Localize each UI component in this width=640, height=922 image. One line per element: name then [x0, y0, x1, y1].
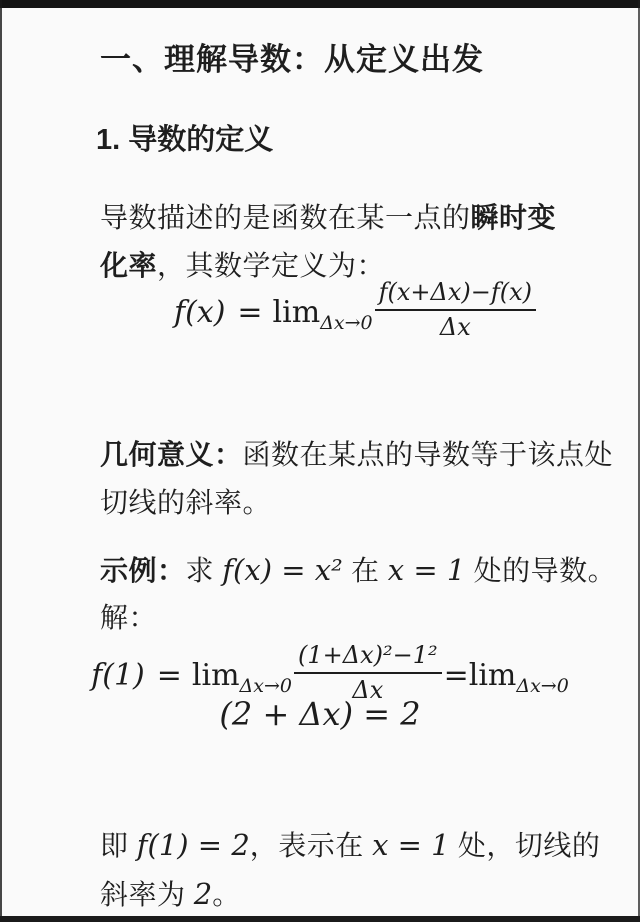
definition-fraction: f(x+Δx)−f(x)Δx	[375, 278, 536, 342]
left-border-line	[0, 0, 2, 922]
intro-paragraph: 导数描述的是函数在某一点的瞬时变化率，其数学定义为：	[100, 194, 572, 290]
conclusion-slope-value: 2	[194, 877, 212, 911]
definition-equals: =	[237, 295, 262, 330]
example-pre: 求	[186, 555, 223, 586]
example-point-math: x = 1	[388, 553, 466, 587]
example-post: 处的导数。	[465, 555, 616, 586]
solution-limit-subscript-2: Δx→0	[516, 675, 568, 697]
solution-equals-2: =	[444, 658, 469, 693]
definition-limit-operator: lim	[273, 295, 321, 330]
solve-label: 解：	[100, 594, 157, 642]
geometry-label: 几何意义：	[100, 439, 243, 470]
article-title: 一、理解导数：从定义出发	[100, 39, 484, 81]
example-label: 示例：	[100, 555, 186, 586]
example-mid: 在	[343, 555, 388, 586]
bottom-border-bar	[0, 916, 640, 922]
conclusion-pre: 即	[100, 830, 137, 861]
example-function-math: f(x) = x²	[222, 553, 342, 587]
solution-limit-operator-1: lim	[192, 658, 240, 693]
geometry-paragraph: 几何意义：函数在某点的导数等于该点处切线的斜率。	[100, 431, 626, 527]
solution-lhs: f(1)	[91, 658, 145, 693]
conclusion-mid-1: ，表示在	[250, 830, 372, 861]
solution-limit-operator-2: lim	[469, 658, 517, 693]
solution-equals-1: =	[157, 658, 182, 693]
intro-text-2: ，其数学定义为：	[157, 250, 385, 281]
definition-denominator: Δx	[375, 311, 536, 342]
conclusion-point-math: x = 1	[372, 828, 450, 862]
solution-formula-line2: (2 + Δx) = 2	[0, 695, 640, 733]
conclusion-result-math: f(1) = 2	[137, 828, 250, 862]
derivative-definition-formula: f(x)=limΔx→0f(x+Δx)−f(x)Δx	[0, 282, 640, 346]
definition-limit-subscript: Δx→0	[320, 312, 372, 334]
definition-numerator: f(x+Δx)−f(x)	[375, 278, 536, 311]
conclusion-paragraph: 即 f(1) = 2，表示在 x = 1 处，切线的斜率为 2。	[100, 821, 606, 919]
conclusion-post: 。	[212, 879, 241, 910]
section-heading: 1. 导数的定义	[96, 120, 273, 160]
intro-text-1: 导数描述的是函数在某一点的	[100, 202, 471, 233]
definition-lhs: f(x)	[174, 295, 225, 330]
top-border-bar	[0, 0, 640, 8]
example-line: 示例：求 f(x) = x² 在 x = 1 处的导数。	[100, 546, 640, 595]
solution-limit-subscript-1: Δx→0	[240, 675, 292, 697]
solution-numerator: (1+Δx)²−1²	[294, 641, 442, 674]
